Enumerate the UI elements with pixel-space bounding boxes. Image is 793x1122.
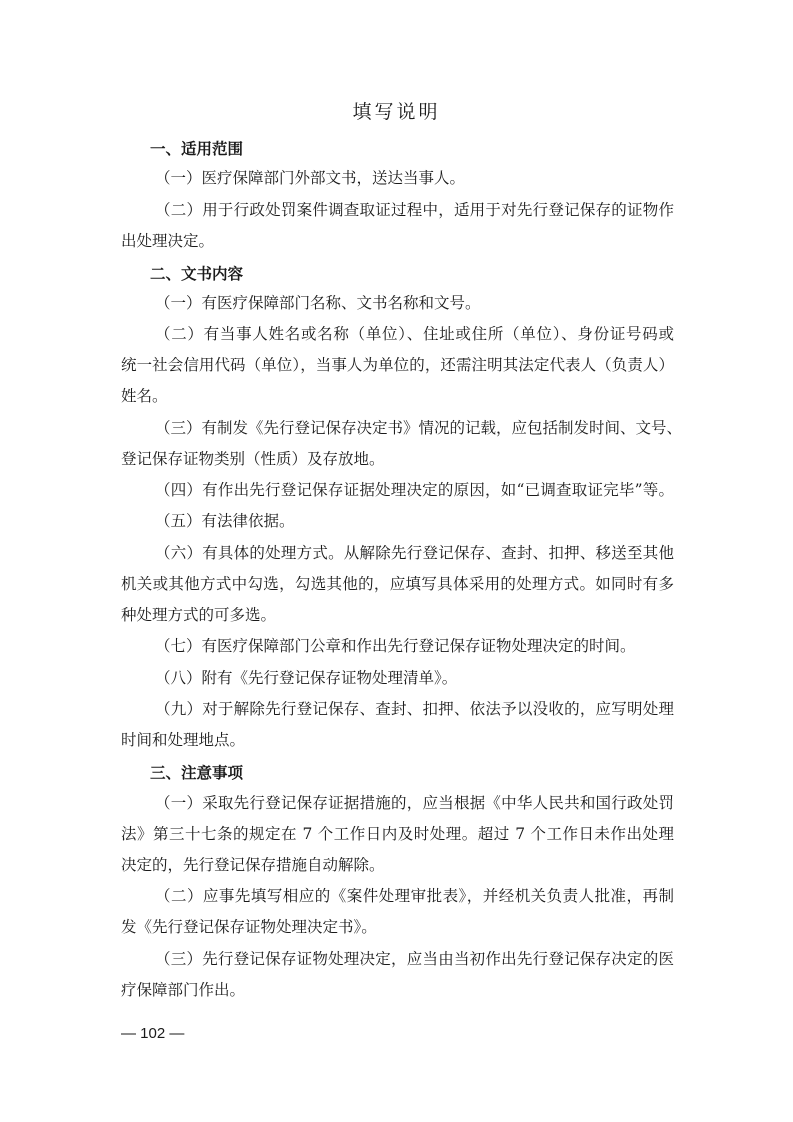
paragraph-line: （四）有作出先行登记保存证据处理决定的原因，如“已调查取证完毕”等。 bbox=[155, 480, 674, 500]
page-number: — 102 — bbox=[121, 1025, 184, 1042]
paragraph-line: （一）医疗保障部门外部文书，送达当事人。 bbox=[155, 168, 674, 188]
paragraph-line: 时间和处理地点。 bbox=[121, 730, 674, 750]
page-title: 填写说明 bbox=[0, 97, 793, 124]
paragraph-line: 登记保存证物类别（性质）及存放地。 bbox=[121, 449, 674, 469]
paragraph-line: （三）先行登记保存证物处理决定，应当由当初作出先行登记保存决定的医 bbox=[155, 949, 674, 969]
paragraph-line: 出处理决定。 bbox=[121, 231, 674, 251]
paragraph-line: 法》第三十七条的规定在 7 个工作日内及时处理。超过 7 个工作日未作出处理 bbox=[121, 824, 674, 844]
paragraph-line: （一）有医疗保障部门名称、文书名称和文号。 bbox=[155, 293, 674, 313]
paragraph-line: （二）应事先填写相应的《案件处理审批表》，并经机关负责人批准，再制 bbox=[155, 886, 674, 906]
paragraph-line: 种处理方式的可多选。 bbox=[121, 605, 674, 625]
paragraph-line: 疗保障部门作出。 bbox=[121, 980, 674, 1000]
document-page: 填写说明 一、适用范围 （一）医疗保障部门外部文书，送达当事人。 （二）用于行政… bbox=[0, 0, 793, 1122]
paragraph-line: 机关或其他方式中勾选，勾选其他的，应填写具体采用的处理方式。如同时有多 bbox=[121, 574, 674, 594]
paragraph-line: 姓名。 bbox=[121, 386, 674, 406]
paragraph-line: （二）有当事人姓名或名称（单位）、住址或住所（单位）、身份证号码或 bbox=[155, 324, 674, 344]
paragraph-line: （七）有医疗保障部门公章和作出先行登记保存证物处理决定的时间。 bbox=[155, 636, 674, 656]
paragraph-line: 决定的，先行登记保存措施自动解除。 bbox=[121, 855, 674, 875]
paragraph-line: （八）附有《先行登记保存证物处理清单》。 bbox=[155, 668, 674, 688]
paragraph-line: （五）有法律依据。 bbox=[155, 511, 674, 531]
paragraph-line: （三）有制发《先行登记保存决定书》情况的记载，应包括制发时间、文号、 bbox=[155, 418, 674, 438]
section-heading-notes: 三、注意事项 bbox=[150, 761, 243, 783]
paragraph-line: （九）对于解除先行登记保存、查封、扣押、依法予以没收的，应写明处理 bbox=[155, 699, 674, 719]
paragraph-line: （六）有具体的处理方式。从解除先行登记保存、查封、扣押、移送至其他 bbox=[155, 543, 674, 563]
paragraph-line: （一）采取先行登记保存证据措施的，应当根据《中华人民共和国行政处罚 bbox=[155, 793, 674, 813]
section-heading-content: 二、文书内容 bbox=[150, 262, 243, 284]
paragraph-line: 发《先行登记保存证物处理决定书》。 bbox=[121, 917, 674, 937]
section-heading-scope: 一、适用范围 bbox=[150, 137, 243, 159]
paragraph-line: 统一社会信用代码（单位），当事人为单位的，还需注明其法定代表人（负责人） bbox=[121, 355, 674, 375]
paragraph-line: （二）用于行政处罚案件调查取证过程中，适用于对先行登记保存的证物作 bbox=[155, 200, 674, 220]
